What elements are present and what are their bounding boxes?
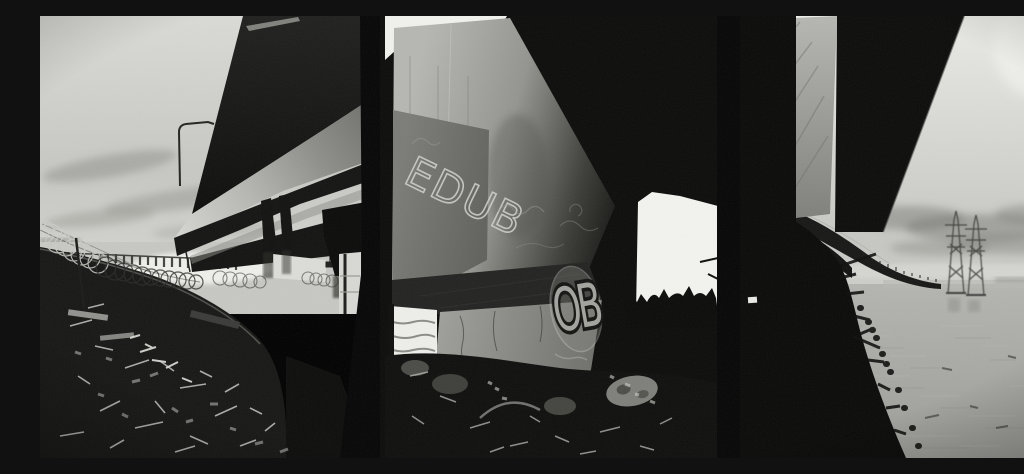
bridge-triptych-photo: EDUB OB bbox=[40, 16, 1024, 458]
photograph: EDUB OB bbox=[40, 16, 1024, 458]
vignette bbox=[40, 16, 1024, 458]
